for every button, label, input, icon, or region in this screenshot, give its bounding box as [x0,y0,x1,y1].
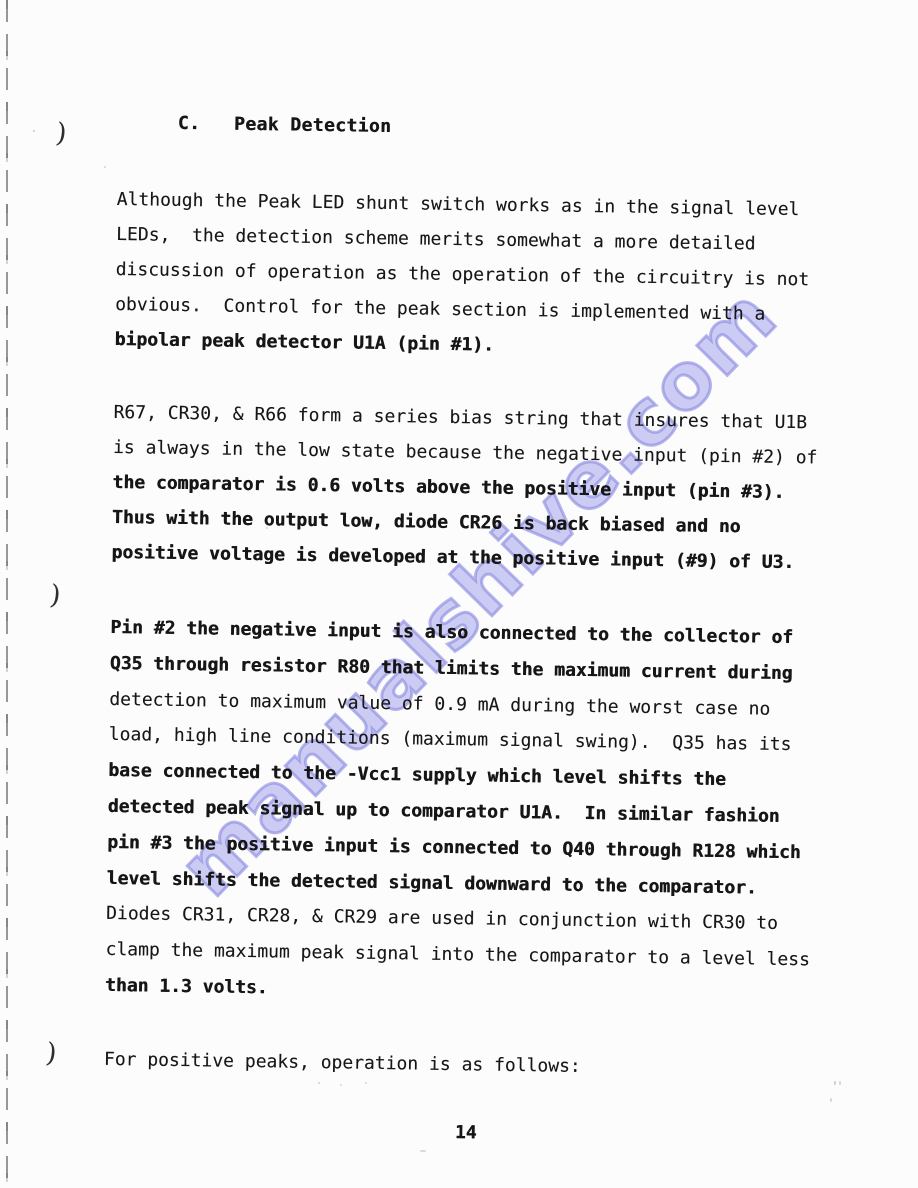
binder-mark: ) [54,119,68,147]
scan-speck [266,527,268,529]
text-line: For positive peaks, operation is as foll… [104,1042,581,1084]
scan-speck [839,1081,841,1085]
scanned-document-page: manualshive.com ) ) ) C. Peak Detection … [0,0,918,1188]
section-heading: C. Peak Detection [178,113,392,137]
paragraph-2: R67, CR30, & R66 form a series bias stri… [111,395,818,580]
paragraph-3: Pin #2 the negative input is also connec… [105,610,815,1014]
binder-mark: ) [44,1039,58,1067]
scan-speck [104,166,106,168]
scan-speck [830,1098,832,1102]
binder-mark: ) [48,581,62,609]
scan-speck [834,1081,836,1085]
page-number: 14 [455,1115,477,1150]
scan-edge-line [6,0,8,1188]
paragraph-1: Although the Peak LED shunt switch works… [114,182,810,367]
paragraph-4: For positive peaks, operation is as foll… [104,1042,581,1084]
scan-speck [318,1082,320,1084]
scan-speck [365,1082,367,1084]
scan-speck [340,1084,342,1086]
page-content: C. Peak Detection Although the Peak LED … [118,112,842,123]
scan-speck [420,1150,426,1152]
scan-speck [33,130,35,132]
